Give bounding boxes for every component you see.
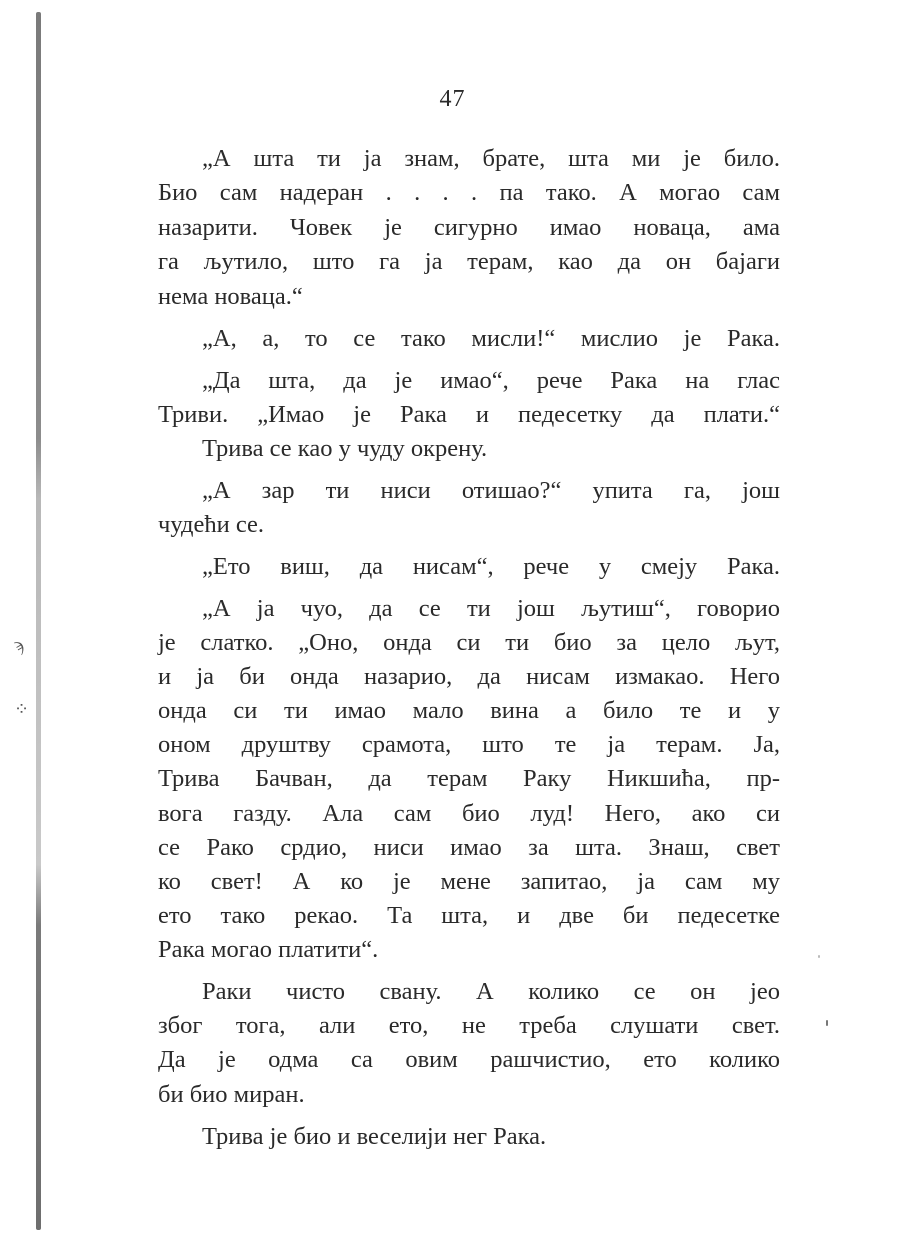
text-line: ко свет! А ко је мене запитао, ја сам му [158,865,780,899]
page-speck [818,955,820,958]
text-line: „А шта ти ја знам, брате, шта ми је било… [202,142,780,176]
text-line: „А ја чуо, да се ти још љутиш“, говорио [202,592,780,626]
text-line: „А зар ти ниси отишао?“ упита га, још [202,474,780,508]
text-line: „Ето виш, да нисам“, рече у смеју Рака. [202,550,780,584]
text-line: због тога, али ето, не треба слушати све… [158,1009,780,1043]
text-line: вога газду. Ала сам био луд! Него, ако с… [158,797,780,831]
text-line: Рака могао платити“. [158,933,780,967]
text-line: Трива се као у чуду окрену. [202,432,780,466]
text-line: нема новаца.“ [158,280,780,314]
text-line: Да је одма са овим рашчистио, ето колико [158,1043,780,1077]
text-line: и ја би онда назарио, да нисам измакао. … [158,660,780,694]
text-line: Раки чисто свану. А колико се он јео [202,975,780,1009]
binding-ink-mark: ϡ [14,636,24,654]
binding-ink-mark: ⁘ [14,700,29,718]
text-line: га љутило, што га ја терам, као да он ба… [158,245,780,279]
page-speck [826,1020,828,1026]
text-line: чудећи се. [158,508,780,542]
text-line: ето тако рекао. Та шта, и две би педесет… [158,899,780,933]
text-line: Трива Бачван, да терам Раку Никшића, пр- [158,762,780,796]
book-page: ϡ ⁘ 47 „А шта ти ја знам, брате, шта ми … [0,0,905,1251]
text-line: „Да шта, да је имао“, рече Рака на глас [202,364,780,398]
page-binding-edge [36,12,41,1230]
text-line: назарити. Човек је сигурно имао новаца, … [158,211,780,245]
text-line: „А, а, то се тако мисли!“ мислио је Рака… [202,322,780,356]
text-line: Био сам надеран . . . . па тако. А могао… [158,176,780,210]
text-line: Трива је био и веселији нег Рака. [202,1120,780,1154]
text-line: је слатко. „Оно, онда си ти био за цело … [158,626,780,660]
text-line: онда си ти имао мало вина а било те и у [158,694,780,728]
text-line: оном друштву срамота, што те ја терам. Ј… [158,728,780,762]
page-number: 47 [0,86,905,113]
text-line: Триви. „Имао је Рака и педесетку да плат… [158,398,780,432]
text-line: би био миран. [158,1078,780,1112]
text-line: се Рако срдио, ниси имао за шта. Знаш, с… [158,831,780,865]
